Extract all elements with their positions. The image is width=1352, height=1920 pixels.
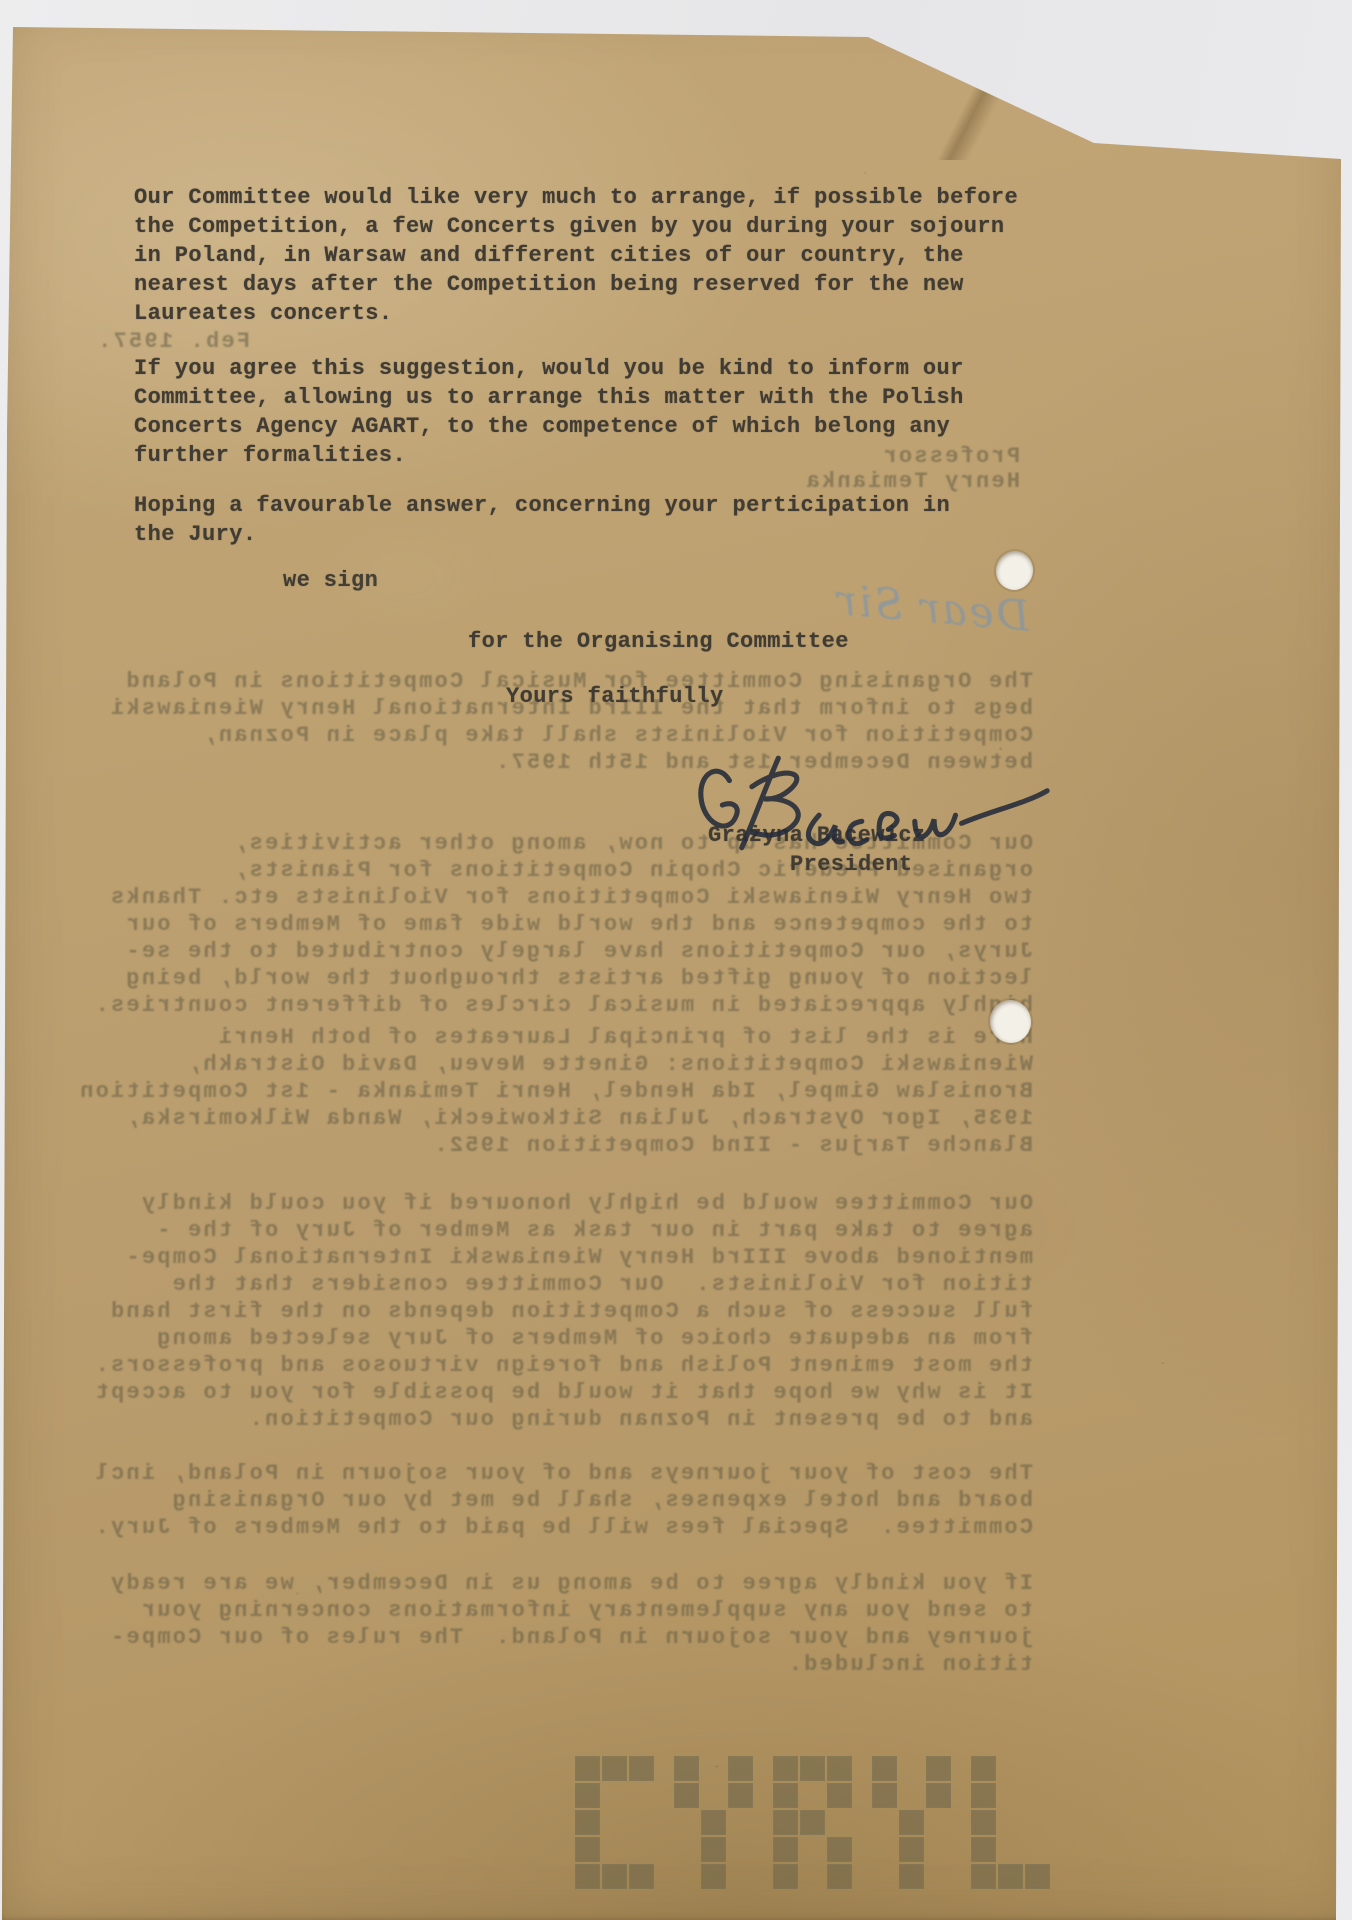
punch-hole-top	[992, 547, 1037, 594]
bleedthrough-paragraph-6: If you kindly agree to be among us in De…	[28, 1570, 1033, 1678]
corner-cut-shadow	[860, 20, 1110, 160]
bleedthrough-salutation: Dear Sir	[779, 581, 1030, 630]
for-committee-line: for the Organising Committee	[468, 627, 849, 656]
valediction: Yours faithfully	[506, 682, 724, 711]
bleedthrough-paragraph-5: The cost of your journeys and of your so…	[28, 1460, 1033, 1541]
scanned-letter-page: { "meta": { "description": "Scan of a 19…	[0, 0, 1352, 1920]
watermark-letter-L	[971, 1756, 1050, 1889]
bleedthrough-paragraph-4: Our Committee would be highly honoured i…	[28, 1190, 1033, 1433]
watermark-letter-Y	[872, 1756, 951, 1889]
paper-sheet: Feb. 1957. ProfessorHenry Temianka Dear …	[0, 0, 1352, 1920]
we-sign-line: we sign	[283, 566, 378, 595]
bleedthrough-paragraph-3: Here is the list of principal Laureates …	[28, 1024, 1033, 1159]
watermark-letter-R	[773, 1756, 852, 1889]
bleedthrough-date: Feb. 1957.	[70, 328, 250, 355]
watermark-letter-Y	[674, 1756, 753, 1889]
signature-handwriting	[688, 748, 1056, 860]
letter-paragraph-3: Hoping a favourable answer, concerning y…	[134, 491, 950, 549]
letter-paragraph-1: Our Committee would like very much to ar…	[134, 183, 1018, 328]
letter-paragraph-2: If you agree this suggestion, would you …	[134, 354, 964, 470]
cyryl-watermark	[575, 1756, 1050, 1889]
watermark-letter-C	[575, 1756, 654, 1889]
